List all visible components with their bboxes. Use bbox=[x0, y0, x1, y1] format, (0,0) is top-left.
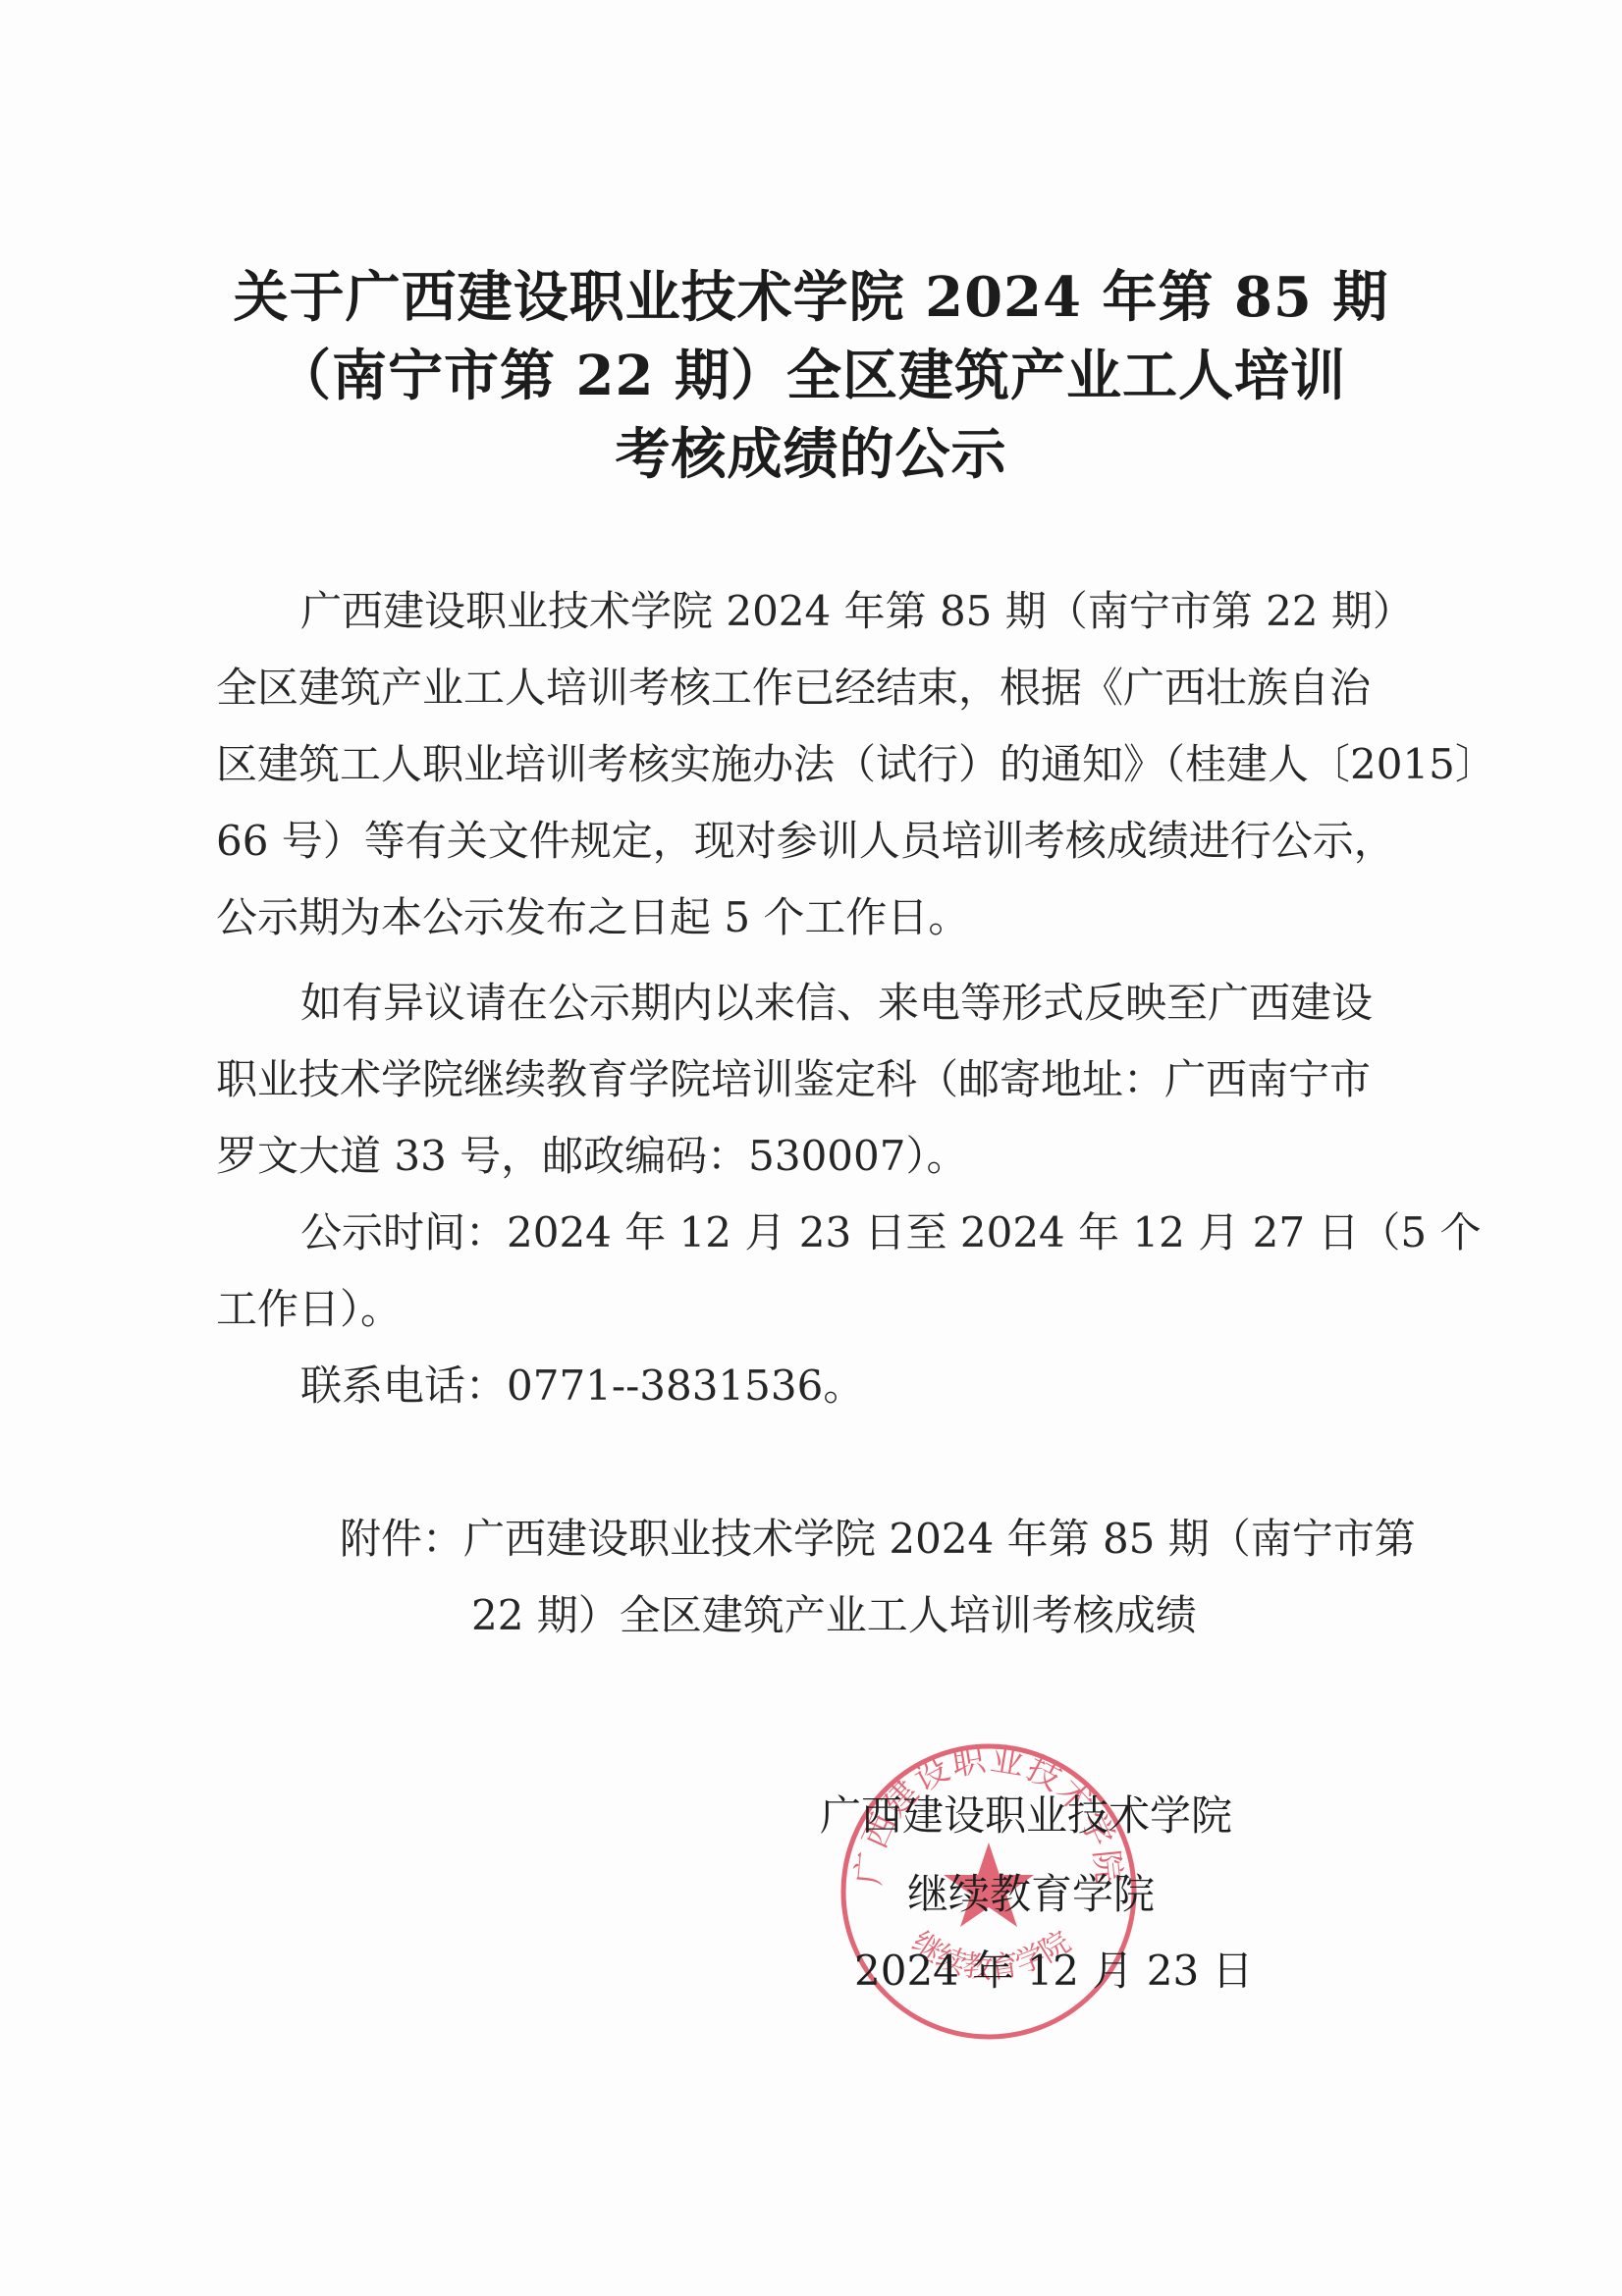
signature-organization: 广西建设职业技术学院 bbox=[820, 1789, 1232, 1843]
paragraph-1-line-4: 66 号）等有关文件规定，现对参训人员培训考核成绩进行公示， bbox=[216, 814, 1395, 869]
paragraph-3-line-2: 工作日）。 bbox=[216, 1282, 402, 1337]
paragraph-3-line-1: 公示时间：2024 年 12 月 23 日至 2024 年 12 月 27 日（… bbox=[300, 1205, 1481, 1260]
paragraph-1-line-2: 全区建筑产业工人培训考核工作已经结束，根据《广西壮族自治 bbox=[216, 661, 1371, 716]
title-line-2: （南宁市第 22 期）全区建筑产业工人培训 bbox=[0, 342, 1622, 410]
title-line-1: 关于广西建设职业技术学院 2024 年第 85 期 bbox=[0, 263, 1622, 332]
attachment-line-2: 22 期）全区建筑产业工人培训考核成绩 bbox=[471, 1588, 1197, 1643]
signature-department: 继续教育学院 bbox=[907, 1867, 1155, 1922]
paragraph-1-line-5: 公示期为本公示发布之日起 5 个工作日。 bbox=[216, 890, 969, 945]
paragraph-1-line-3: 区建筑工人职业培训考核实施办法（试行）的通知》（桂建人〔2015〕 bbox=[216, 737, 1496, 792]
contact-phone-line: 联系电话：0771--3831536。 bbox=[300, 1359, 864, 1414]
paragraph-1-line-1: 广西建设职业技术学院 2024 年第 85 期（南宁市第 22 期） bbox=[300, 584, 1414, 639]
title-line-3: 考核成绩的公示 bbox=[0, 420, 1622, 489]
paragraph-2-line-1: 如有异议请在公示期内以来信、来电等形式反映至广西建设 bbox=[300, 976, 1373, 1031]
attachment-line-1: 附件：广西建设职业技术学院 2024 年第 85 期（南宁市第 bbox=[340, 1512, 1416, 1567]
paragraph-2-line-2: 职业技术学院继续教育学院培训鉴定科（邮寄地址：广西南宁市 bbox=[216, 1052, 1371, 1107]
document-page: 关于广西建设职业技术学院 2024 年第 85 期 （南宁市第 22 期）全区建… bbox=[0, 0, 1622, 2296]
signature-date: 2024 年 12 月 23 日 bbox=[854, 1944, 1254, 1999]
paragraph-2-line-3: 罗文大道 33 号，邮政编码：530007）。 bbox=[216, 1129, 967, 1184]
